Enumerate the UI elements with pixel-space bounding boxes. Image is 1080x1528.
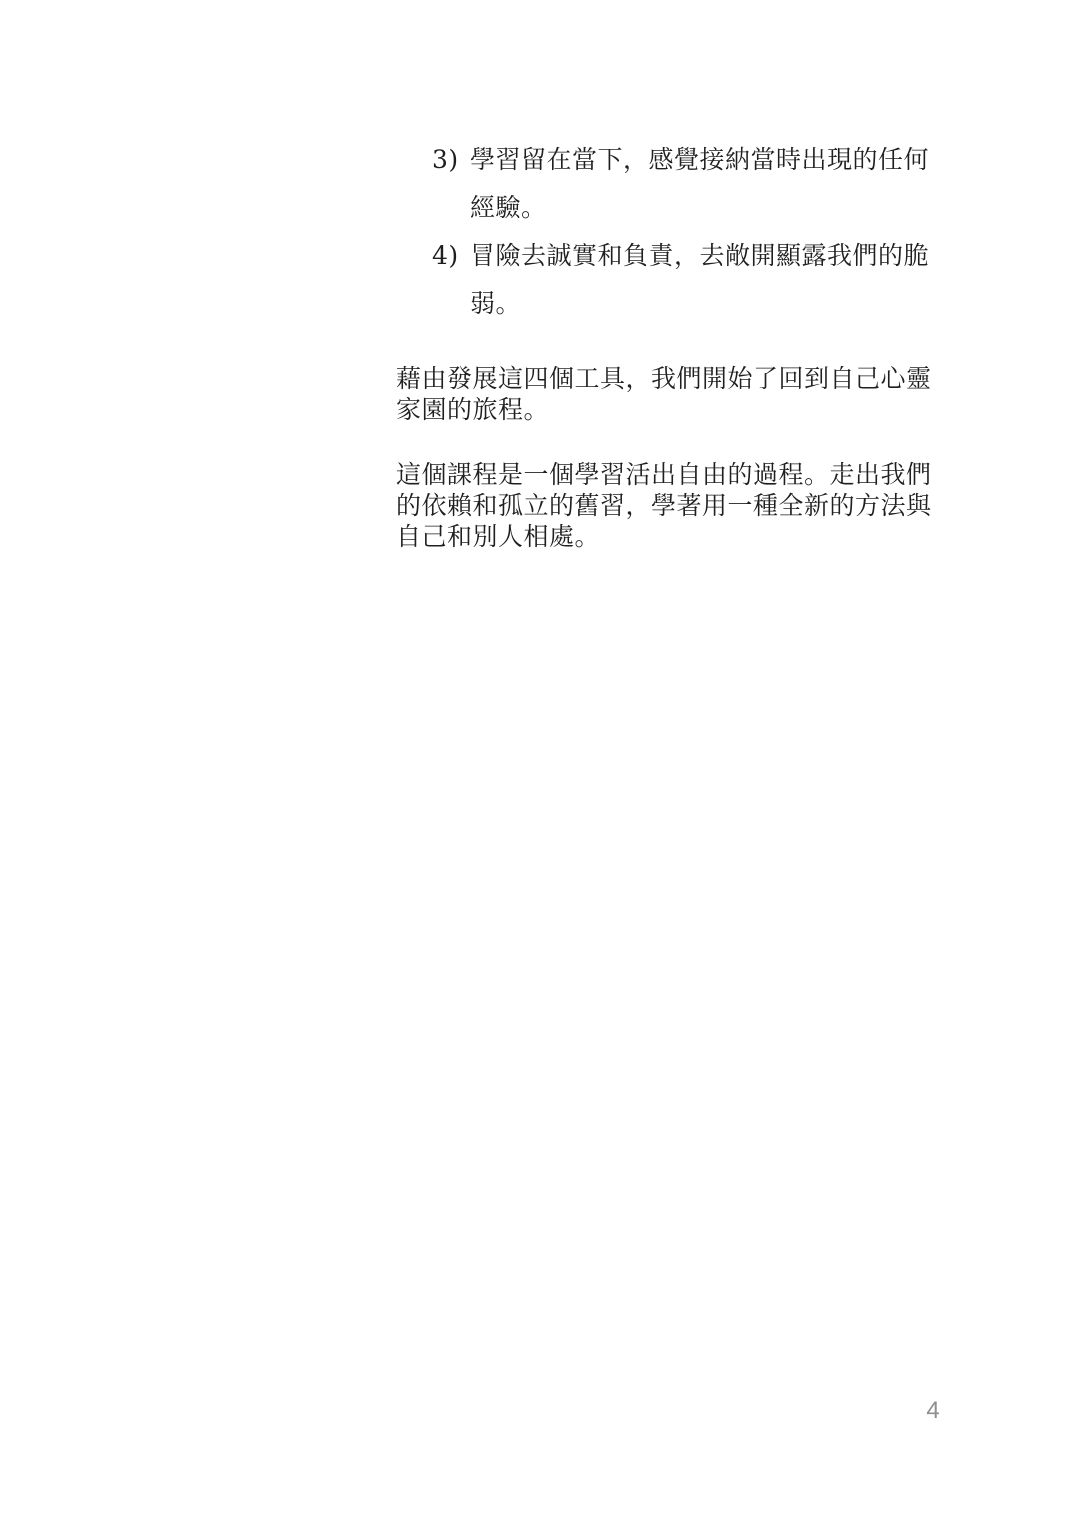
list-item-4: 4) 冒險去誠實和負責，去敞開顯露我們的脆 弱。: [396, 232, 976, 328]
paragraph-1: 藉由發展這四個工具，我們開始了回到自己心靈 家園的旅程。: [396, 363, 976, 425]
text-block: 3) 學習留在當下，感覺接納當時出現的任何 經驗。 4) 冒險去誠實和負責，去敞…: [396, 136, 976, 586]
numbered-list: 3) 學習留在當下，感覺接納當時出現的任何 經驗。 4) 冒險去誠實和負責，去敞…: [396, 136, 976, 328]
list-item-text: 冒險去誠實和負責，去敞開顯露我們的脆 弱。: [470, 232, 976, 328]
list-item-number: 3): [432, 136, 470, 184]
paragraph-2: 這個課程是一個學習活出自由的過程。走出我們 的依賴和孤立的舊習，學著用一種全新的…: [396, 459, 976, 552]
list-item-text: 學習留在當下，感覺接納當時出現的任何 經驗。: [470, 136, 976, 232]
document-page: 3) 學習留在當下，感覺接納當時出現的任何 經驗。 4) 冒險去誠實和負責，去敞…: [0, 0, 1080, 1528]
list-item-number: 4): [432, 232, 470, 280]
list-item-3: 3) 學習留在當下，感覺接納當時出現的任何 經驗。: [396, 136, 976, 232]
page-number: 4: [918, 1398, 948, 1424]
